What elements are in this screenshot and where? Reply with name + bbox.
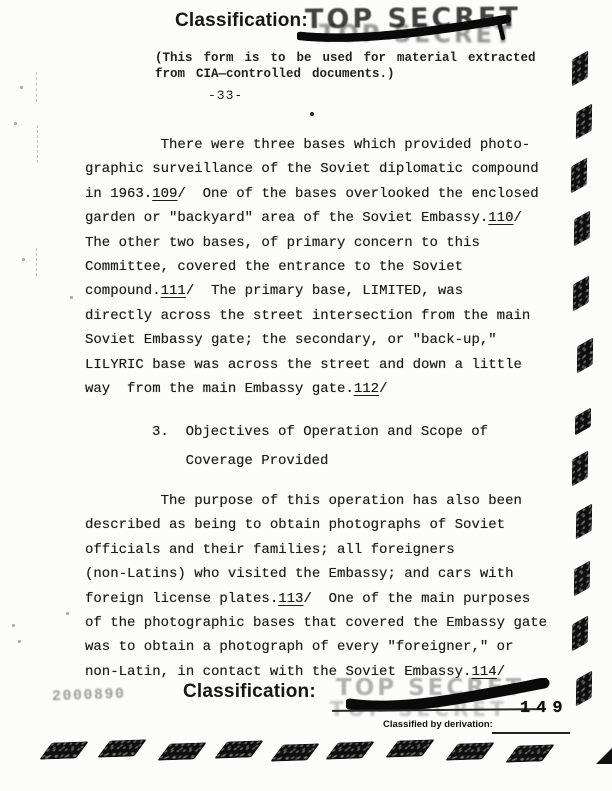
text-segment: (non-Latins) who visited the Embassy; an… (85, 566, 513, 582)
text-segment: graphic surveillance of the Soviet diplo… (85, 161, 539, 177)
text-segment: Committee, covered the entrance to the S… (85, 259, 463, 275)
text-segment: way from the main Embassy gate. (85, 381, 354, 397)
footnote-reference: 112 (354, 381, 379, 397)
text-segment: of the photographic bases that covered t… (85, 615, 547, 631)
heading-line: Coverage Provided (152, 447, 560, 477)
text-segment: directly across the street intersection … (85, 308, 530, 324)
redaction-mark (576, 503, 592, 539)
text-line: in 1963.109/ One of the bases overlooked… (85, 182, 560, 206)
text-segment: There were three bases which provided ph… (161, 137, 531, 153)
redaction-mark (505, 744, 555, 762)
derivation-blank-line (492, 732, 570, 734)
text-line: Committee, covered the entrance to the S… (85, 255, 560, 279)
section-heading: 3. Objectives of Operation and Scope ofC… (152, 418, 560, 477)
redaction-mark (575, 407, 591, 435)
scan-speck (20, 86, 23, 89)
text-line: (non-Latins) who visited the Embassy; an… (85, 562, 560, 586)
text-line: There were three bases which provided ph… (85, 133, 560, 157)
redaction-mark (270, 743, 320, 761)
control-stamp-number: 2000890 (52, 686, 126, 706)
text-line: compound.111/ The primary base, LIMITED,… (85, 279, 560, 303)
text-line: foreign license plates.113/ One of the m… (85, 587, 560, 611)
text-line: directly across the street intersection … (85, 304, 560, 328)
text-segment: LILYRIC base was across the street and d… (85, 357, 522, 373)
strikethrough-mark-top (297, 10, 515, 48)
text-line: officials and their families; all foreig… (85, 538, 560, 562)
scan-speck (36, 248, 37, 276)
page-number-top: -33- (208, 88, 243, 103)
text-segment: described as being to obtain photographs… (85, 517, 505, 533)
page-number-bottom: 149 (520, 699, 569, 718)
redaction-mark (572, 450, 588, 486)
scan-speck (66, 612, 69, 615)
text-line: was to obtain a photograph of every "for… (85, 635, 560, 659)
text-segment: officials and their families; all foreig… (85, 542, 455, 558)
form-note-line1: (This form is to be used for material ex… (155, 51, 536, 67)
text-line: described as being to obtain photographs… (85, 513, 560, 537)
text-segment: / (513, 210, 521, 226)
redaction-mark (574, 210, 590, 246)
redaction-mark (445, 742, 495, 760)
document-page: Classification: TOP SECRET TOP SECRET (T… (0, 0, 612, 791)
redaction-mark (574, 560, 590, 596)
classification-label-bottom: Classification: (183, 681, 316, 703)
text-segment: / One of the main purposes (303, 591, 530, 607)
redaction-mark (214, 740, 264, 758)
redaction-mark (571, 157, 587, 193)
paragraph: There were three bases which provided ph… (85, 133, 560, 401)
body-text: There were three bases which provided ph… (85, 133, 560, 684)
redaction-mark (385, 739, 435, 757)
text-line: graphic surveillance of the Soviet diplo… (85, 157, 560, 181)
text-segment: compound. (85, 283, 161, 299)
redaction-mark (576, 103, 592, 139)
text-line: garden or "backyard" area of the Soviet … (85, 206, 560, 230)
scan-speck (14, 122, 17, 125)
dust-speck (310, 112, 314, 116)
text-line: way from the main Embassy gate.112/ (85, 377, 560, 401)
text-segment: garden or "backyard" area of the Soviet … (85, 210, 488, 226)
redaction-mark (572, 50, 588, 86)
scan-speck (22, 258, 25, 261)
redaction-mark (573, 275, 589, 311)
text-line: LILYRIC base was across the street and d… (85, 353, 560, 377)
scan-speck (36, 72, 37, 102)
text-segment: was to obtain a photograph of every "for… (85, 639, 513, 655)
text-segment: The other two bases, of primary concern … (85, 235, 480, 251)
text-segment: / One of the bases overlooked the enclos… (177, 186, 538, 202)
text-segment: in 1963. (85, 186, 152, 202)
redaction-mark (577, 337, 593, 373)
footnote-reference: 113 (278, 591, 303, 607)
corner-mark (596, 748, 612, 764)
text-line: The purpose of this operation has also b… (85, 489, 560, 513)
classification-label-top: Classification: (175, 10, 308, 32)
text-segment: / The primary base, LIMITED, was (186, 283, 463, 299)
redaction-mark (572, 615, 588, 651)
footnote-reference: 110 (488, 210, 513, 226)
text-segment: Soviet Embassy gate; the secondary, or "… (85, 332, 497, 348)
text-segment: The purpose of this operation has also b… (161, 493, 522, 509)
classified-by-derivation-label: Classified by derivation: (383, 719, 493, 730)
redaction-mark (576, 670, 592, 706)
scan-speck (70, 296, 73, 299)
scan-speck (18, 640, 21, 643)
scan-speck (12, 624, 15, 627)
text-line: of the photographic bases that covered t… (85, 611, 560, 635)
redaction-mark (325, 741, 375, 759)
paragraph: The purpose of this operation has also b… (85, 489, 560, 684)
text-line: The other two bases, of primary concern … (85, 231, 560, 255)
redaction-mark (157, 742, 207, 760)
footnote-reference: 111 (161, 283, 186, 299)
footnote-reference: 109 (152, 186, 177, 202)
scan-speck (45, 756, 48, 759)
text-line: Soviet Embassy gate; the secondary, or "… (85, 328, 560, 352)
text-segment: / (379, 381, 387, 397)
text-segment: foreign license plates. (85, 591, 278, 607)
form-instruction-note: (This form is to be used for material ex… (155, 51, 536, 82)
scan-speck (37, 125, 38, 163)
form-note-line2: from CIA—controlled documents.) (155, 67, 536, 83)
redaction-mark (97, 739, 147, 757)
heading-line: 3. Objectives of Operation and Scope of (152, 418, 560, 448)
